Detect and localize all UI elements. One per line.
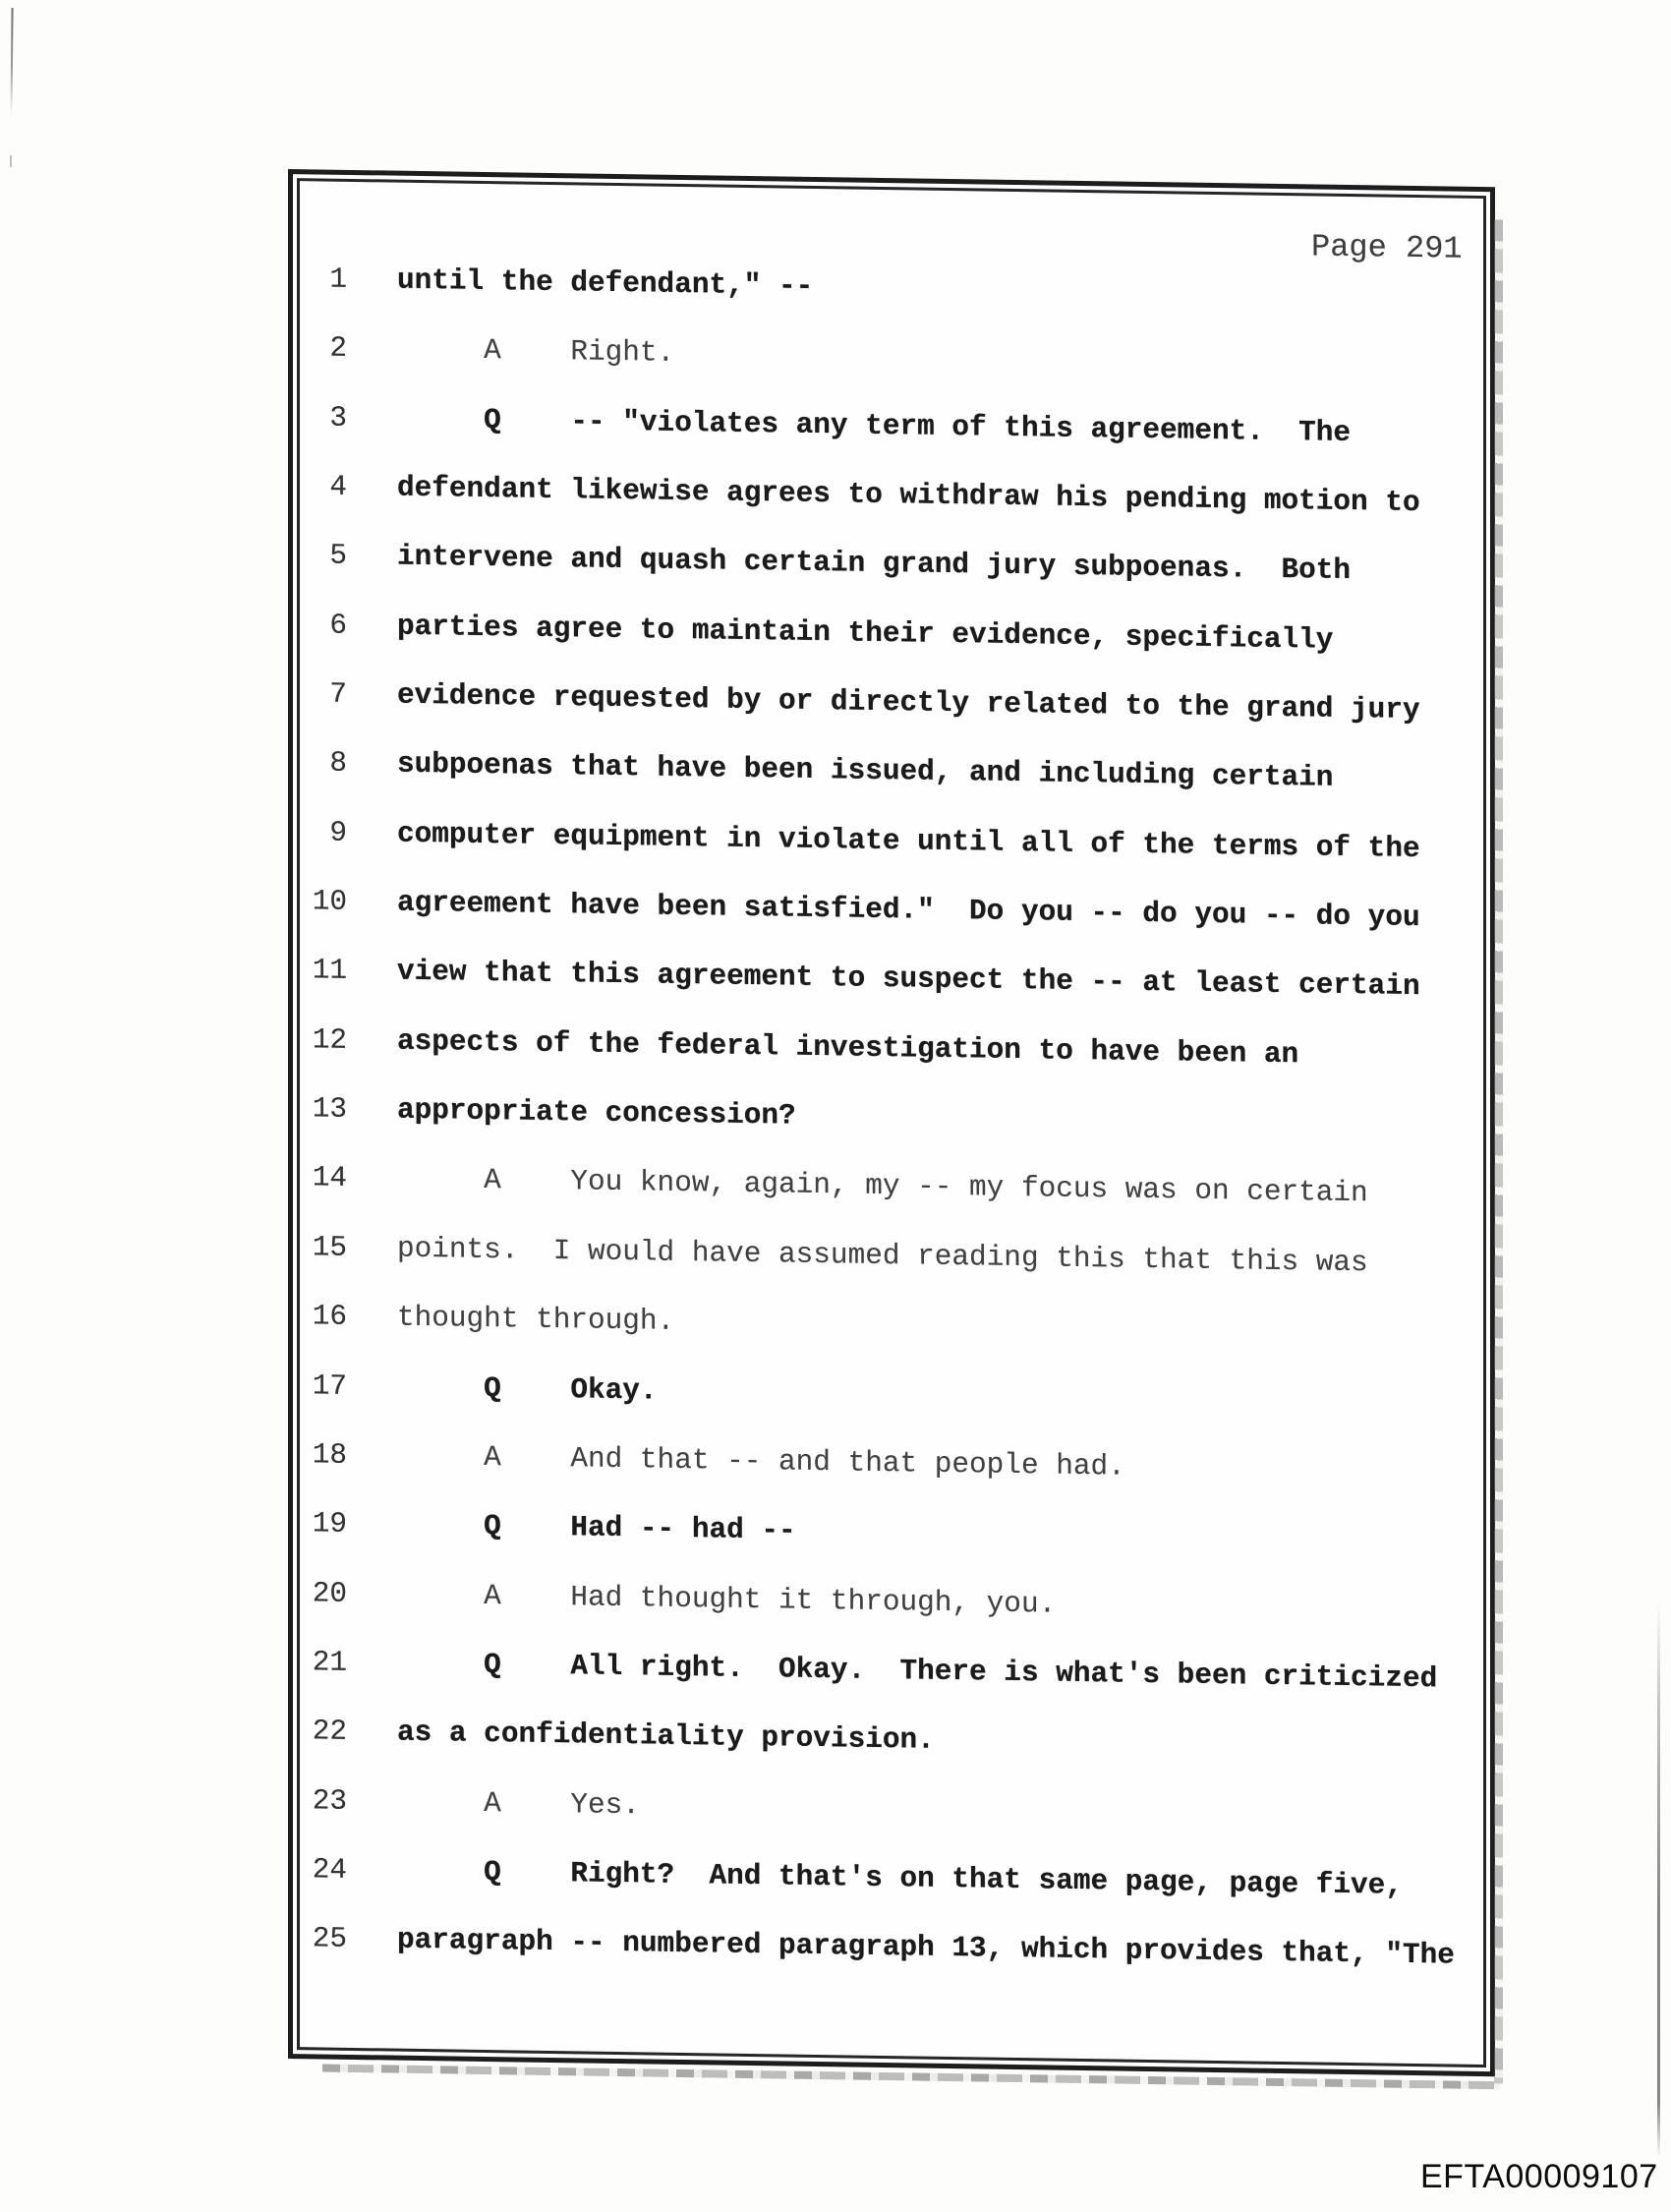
line-number: 6 (293, 591, 347, 661)
line-number: 11 (293, 937, 347, 1007)
line-number: 3 (293, 383, 347, 453)
line-number: 20 (293, 1559, 347, 1629)
line-number: 8 (293, 728, 347, 798)
page-edge-artifact (1657, 1602, 1660, 2158)
transcript-page-frame: Page 291 1 until the defendant," -- 2 A … (288, 169, 1495, 2076)
line-number: 16 (293, 1282, 347, 1352)
line-text: A Yes. (397, 1768, 640, 1840)
line-number: 24 (293, 1835, 347, 1905)
line-number: 14 (293, 1144, 347, 1214)
line-text: A Had thought it through, you. (397, 1560, 1056, 1639)
line-number: 12 (293, 1006, 347, 1076)
line-number: 4 (293, 452, 347, 522)
line-text: thought through. (397, 1284, 674, 1358)
line-text: aspects of the federal investigation to … (397, 1007, 1298, 1089)
bates-number: EFTA00009107 (1420, 2158, 1658, 2196)
line-number: 23 (293, 1767, 347, 1836)
line-number: 13 (293, 1075, 347, 1144)
line-text: until the defendant," -- (397, 247, 813, 322)
line-number: 10 (293, 867, 347, 937)
line-number: 18 (293, 1421, 347, 1490)
line-text: as a confidentiality provision. (397, 1699, 935, 1775)
scan-speck-artifact (10, 155, 12, 167)
line-text: Q Okay. (397, 1353, 658, 1426)
line-text: Q Had -- had -- (397, 1491, 796, 1566)
line-number: 25 (293, 1904, 347, 1974)
line-number: 1 (293, 245, 347, 315)
scanned-document-surface: Page 291 1 until the defendant," -- 2 A … (0, 0, 1671, 2212)
line-number: 21 (293, 1628, 347, 1698)
line-text: A And that -- and that people had. (397, 1422, 1125, 1501)
line-number: 22 (293, 1697, 347, 1767)
line-number: 9 (293, 798, 347, 868)
line-number: 19 (293, 1489, 347, 1559)
line-number: 5 (293, 521, 347, 591)
transcript-lines: 1 until the defendant," -- 2 A Right. 3 … (293, 245, 1490, 1992)
line-text: appropriate concession? (397, 1077, 796, 1151)
line-number: 2 (293, 314, 347, 383)
line-number: 17 (293, 1352, 347, 1422)
line-text: A Right. (397, 316, 674, 389)
line-number: 7 (293, 660, 347, 729)
scan-scratch-artifact (10, 8, 13, 116)
line-number: 15 (293, 1213, 347, 1283)
